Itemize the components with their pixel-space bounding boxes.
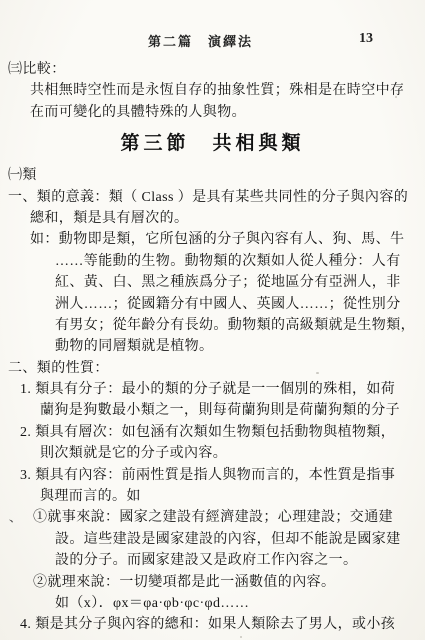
page-body: ㈢比較： 共相無時空性而是永恆自存的抽象性質；殊相是在時空中存 在而可變化的具體… <box>0 59 425 636</box>
text-line: ①就事來說：國家之建設有經濟建設；心理建設；交通建 <box>33 507 425 528</box>
text-line: 二、類的性質： <box>8 358 425 379</box>
scan-speck <box>240 636 242 638</box>
text-line: ㈠類 <box>8 165 425 186</box>
text-line: 1. 類具有分子：最小的類的分子就是一一個別的殊相，如荷 <box>20 379 425 400</box>
section-title: 第三節 共相與類 <box>0 130 425 158</box>
text-line: 3. 類具有內容：前兩性質是指人與物而言的，本性質是指事 <box>20 465 425 486</box>
text-line: 則次類就是它的分子或內容。 <box>40 443 425 464</box>
text-line: 與理而言的。如 <box>40 486 425 507</box>
text-line: 4. 類是其分子與內容的總和：如果人類除去了男人，或小孩 <box>20 614 425 635</box>
text-line: 動物的同層類就是植物。 <box>55 336 425 357</box>
text-line: ……等能動的生物。動物類的次類如人從人種分：人有 <box>55 251 425 272</box>
text-line: 蘭狗是狗數最小類之一，則每荷蘭狗則是荷蘭狗類的分子 <box>40 400 425 421</box>
page-number: 13 <box>359 31 373 47</box>
text-line: 如（x）．φx＝φa·φb·φc·φd…… <box>55 593 425 614</box>
chapter-title: 第二篇 演繹法 <box>148 31 253 50</box>
text-line: 有男女；從年齡分有長幼。動物類的高級類就是生物類， <box>55 315 425 336</box>
text-line: 如：動物即是類，它所包涵的分子與內容有人、狗、馬、牛 <box>30 229 425 250</box>
text-line: 洲人……；從國籍分有中國人、英國人……；從性別分 <box>55 294 425 315</box>
text-line: 在而可變化的具體特殊的人與物。 <box>30 102 425 123</box>
text-line: 2. 類具有層次：如包涵有次類如生物類包括動物與植物類， <box>20 422 425 443</box>
text-line: 共相無時空性而是永恆自存的抽象性質；殊相是在時空中存 <box>30 80 425 101</box>
scan-speck <box>395 96 397 98</box>
text-line: 設的分子。而國家建設又是政府工作內容之一。 <box>55 550 425 571</box>
text-line: ㈢比較： <box>8 59 425 80</box>
running-header: 第二篇 演繹法 13 <box>0 0 425 50</box>
text-line: 紅、黃、白、黑之種族爲分子；從地區分有亞洲人，非 <box>55 272 425 293</box>
text-line: 一、類的意義：類（ Class ）是具有某些共同性的分子與內容的 <box>8 187 425 208</box>
text-line: 設。這些建設是國家建設的內容，但却不能說是國家建 <box>55 529 425 550</box>
text-line: ②就理來說：一切變項都是此一涵數值的內容。 <box>33 572 425 593</box>
text-line: 總和，類是具有層次的。 <box>30 208 425 229</box>
scan-speck <box>316 372 319 374</box>
scanned-book-page: 第二篇 演繹法 13 ㈢比較： 共相無時空性而是永恆自存的抽象性質；殊相是在時空… <box>0 0 425 640</box>
